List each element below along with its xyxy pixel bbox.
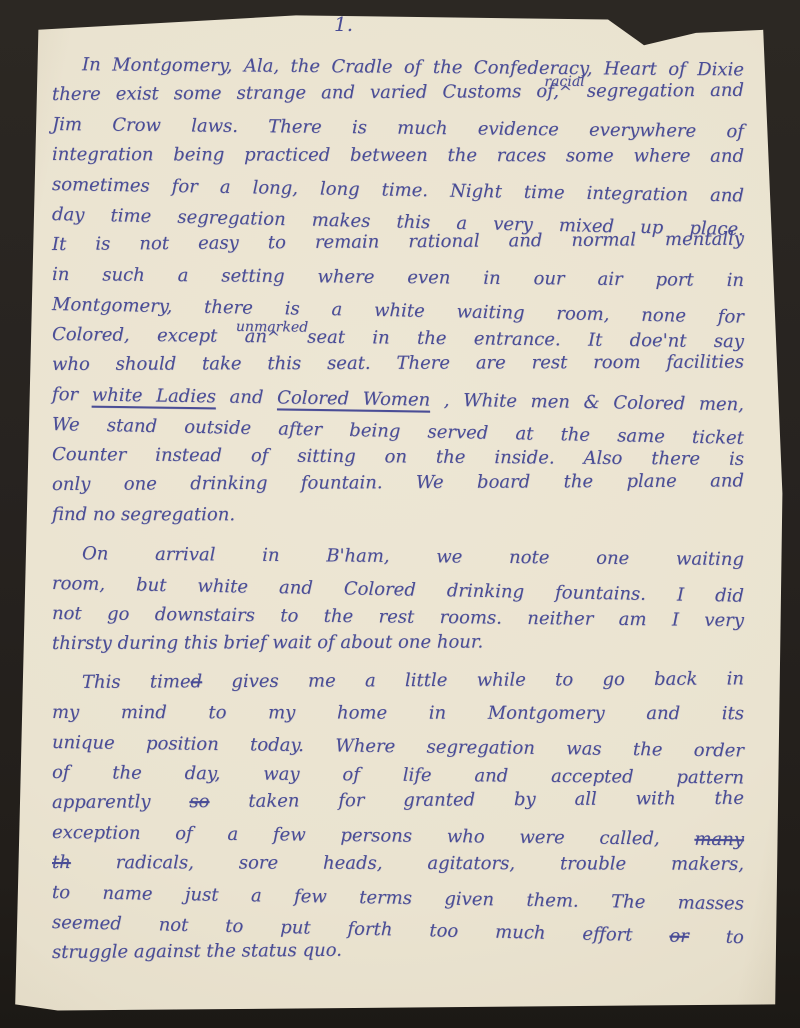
handwriting-text: unique position today. Where segregation… — [52, 732, 744, 761]
handwriting-text: apparently — [52, 791, 190, 813]
handwriting-text: Colored, except an — [52, 324, 267, 347]
handwriting-text: , White men & Colored men, — [430, 390, 744, 416]
struck-out-text: d — [191, 671, 203, 692]
handwriting-text: who should take this seat. There are res… — [52, 352, 744, 375]
handwritten-line: th radicals, sore heads, agitators, trou… — [52, 848, 744, 880]
handwritten-line: apparently so taken for granted by all w… — [52, 784, 744, 818]
handwriting-text: It is not easy to remain rational and no… — [52, 229, 744, 255]
underlined-text: white Ladies — [92, 385, 216, 408]
inserted-word: racial^ — [559, 81, 572, 102]
handwriting-text: integration being practiced between the … — [52, 144, 744, 167]
paragraph: This timed gives me a little while to go… — [52, 668, 744, 968]
struck-out-text: many — [694, 829, 744, 851]
handwriting-text: gives me a little while to go back in — [202, 668, 744, 692]
handwritten-line: who should take this seat. There are res… — [52, 348, 744, 380]
handwriting-text: This time — [82, 671, 191, 693]
handwritten-line: in such a setting where even in our air … — [52, 260, 744, 296]
handwritten-line: thirsty during this brief wait of about … — [52, 627, 744, 659]
handwriting-text: find no segregation. — [52, 504, 235, 525]
handwriting-text: Jim Crow laws. There is much evidence ev… — [52, 114, 744, 142]
paragraph: On arrival in B'ham, we note one waiting… — [52, 539, 744, 659]
handwriting-text: struggle against the status quo. — [52, 940, 342, 963]
manuscript-page: 1. In Montgomery, Ala, the Cradle of the… — [0, 0, 800, 1028]
handwriting-text: and — [216, 386, 277, 408]
handwriting-text: only one drinking fountain. We board the… — [52, 470, 744, 495]
handwriting-text: On arrival in B'ham, we note one waiting — [82, 543, 744, 570]
photo-backdrop: 1. In Montgomery, Ala, the Cradle of the… — [0, 0, 800, 1028]
handwriting-text: exception of a few persons who were call… — [52, 822, 695, 850]
handwriting-text: taken for granted by all with the — [209, 788, 744, 812]
handwriting-text: for — [52, 384, 92, 406]
handwritten-line: struggle against the status quo. — [52, 933, 744, 968]
handwriting-text: segregation and — [572, 80, 744, 102]
handwritten-line: there exist some strange and varied Cust… — [52, 76, 744, 110]
handwriting-text: thirsty during this brief wait of about … — [52, 631, 483, 654]
handwriting-text: there exist some strange and varied Cust… — [52, 81, 559, 105]
handwritten-line: find no segregation. — [52, 500, 744, 531]
handwriting-text: in such a setting where even in our air … — [52, 264, 744, 291]
struck-out-text: th — [52, 852, 71, 873]
handwritten-line: On arrival in B'ham, we note one waiting — [52, 539, 744, 575]
handwritten-line: integration being practiced between the … — [52, 140, 744, 172]
handwritten-line: only one drinking fountain. We board the… — [52, 466, 744, 500]
inserted-word: unmarked^ — [267, 326, 280, 347]
handwritten-line: my mind to my home in Montgomery and its — [52, 698, 744, 729]
underlined-text: Colored Women — [277, 387, 430, 410]
page-number: 1. — [334, 12, 353, 36]
handwriting-text: my mind to my home in Montgomery and its — [52, 702, 744, 724]
paragraph: In Montgomery, Ala, the Cradle of the Co… — [52, 50, 744, 530]
handwritten-line: It is not easy to remain rational and no… — [52, 225, 744, 260]
manuscript-body: In Montgomery, Ala, the Cradle of the Co… — [52, 50, 744, 968]
handwriting-text: radicals, sore heads, agitators, trouble… — [71, 852, 744, 875]
handwritten-line: This timed gives me a little while to go… — [52, 664, 744, 698]
struck-out-text: so — [189, 791, 209, 812]
